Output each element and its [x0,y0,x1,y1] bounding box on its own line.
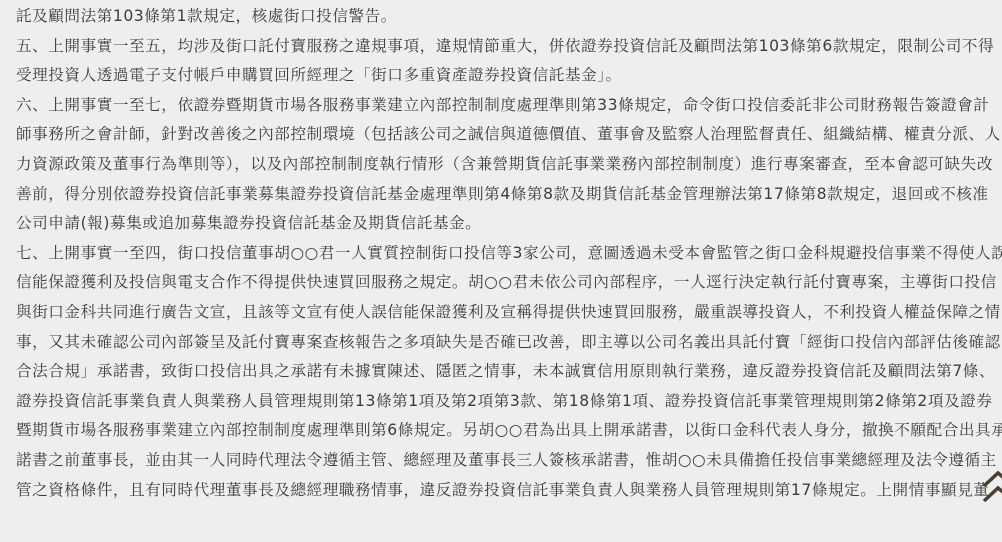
article-body: 託及顧問法第103條第1款規定，核處街口投信警告。 五、上開事實一至五，均涉及街… [16,2,991,505]
text-line: 託及顧問法第103條第1款規定，核處街口投信警告。 [16,2,991,32]
text-line: 善前，得分別依證券投資信託事業募集證券投資信託基金處理準則第4條第8款及期貨信託… [16,180,991,210]
text-line: 師事務所之會計師，針對改善後之內部控制環境（包括該公司之誠信與道德價值、董事會及… [16,120,991,150]
text-line: 七、上開事實一至四，街口投信董事胡○○君一人實質控制街口投信等3家公司，意圖透過… [16,239,991,269]
text-line: 與街口金科共同進行廣告文宣，且該等文宣有使人誤信能保證獲利及宣稱得提供快速買回服… [16,298,991,328]
text-line: 證券投資信託事業負責人與業務人員管理規則第13條第1項及第2項第3款、第18條第… [16,387,991,417]
double-chevron-up-icon [982,470,1002,504]
paragraph-5: 五、上開事實一至五，均涉及街口託付寶服務之違規事項，違規情節重大，併依證券投資信… [16,32,991,91]
text-line: 管之資格條件，且有同時代理董事長及總經理職務情事，違反證券投資信託事業負責人與業… [16,476,991,506]
text-line: 暨期貨市場各服務事業建立內部控制制度處理準則第6條規定。另胡○○君為出具上開承諾… [16,416,991,446]
text-line: 受理投資人透過電子支付帳戶申購買回所經理之「街口多重資產證券投資信託基金」。 [16,61,991,91]
paragraph-6: 六、上開事實一至七，依證券暨期貨市場各服務事業建立內部控制制度處理準則第33條規… [16,91,991,239]
paragraph-7: 七、上開事實一至四，街口投信董事胡○○君一人實質控制街口投信等3家公司，意圖透過… [16,239,991,505]
paragraph-4-tail: 託及顧問法第103條第1款規定，核處街口投信警告。 [16,2,991,32]
text-line: 諾書之前董事長，並由其一人同時代理法令遵循主管、總經理及董事長三人簽核承諾書，惟… [16,446,991,476]
text-line: 信能保證獲利及投信與電支合作不得提供快速買回服務之規定。胡○○君未依公司內部程序… [16,268,991,298]
text-line: 五、上開事實一至五，均涉及街口託付寶服務之違規事項，違規情節重大，併依證券投資信… [16,32,991,62]
text-line: 六、上開事實一至七，依證券暨期貨市場各服務事業建立內部控制制度處理準則第33條規… [16,91,991,121]
text-line: 合法合規」承諾書，致街口投信出具之承諾有未據實陳述、隱匿之情事，未本誠實信用原則… [16,357,991,387]
back-to-top-button[interactable] [982,470,1002,504]
text-line: 事，又其未確認公司內部簽呈及託付寶專案查核報告之多項缺失是否確已改善，即主導以公… [16,328,991,358]
text-line: 力資源政策及董事行為準則等），以及內部控制制度執行情形（含兼營期貨信託事業業務內… [16,150,991,180]
text-line: 公司申請(報)募集或追加募集證券投資信託基金及期貨信託基金。 [16,209,991,239]
